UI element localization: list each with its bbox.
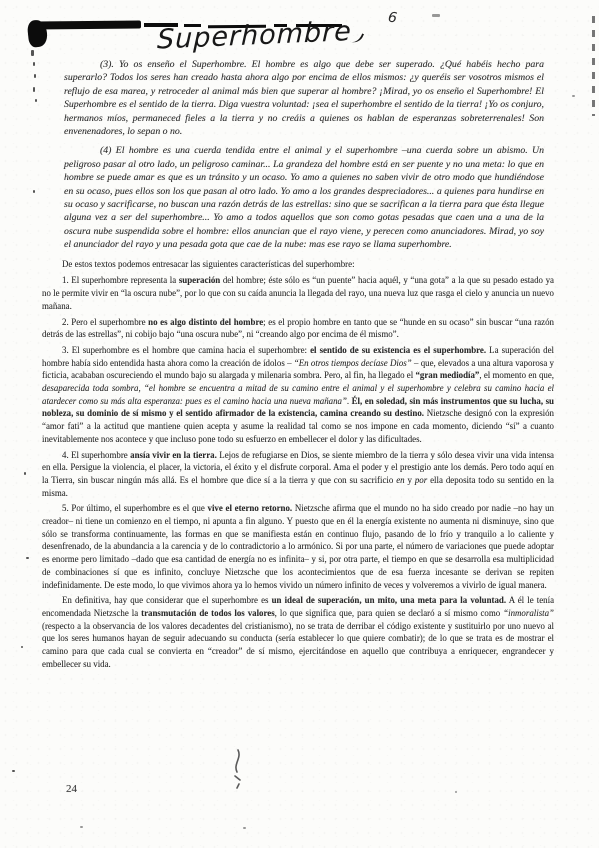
text-run: el sentido de su existencia es el superh… bbox=[310, 345, 486, 355]
page-number: 24 bbox=[66, 783, 77, 795]
text-run: “inmoralista” bbox=[503, 608, 554, 618]
text-run: , lo que significa que, para quien se de… bbox=[275, 608, 504, 618]
handwritten-title: Superhombre bbox=[157, 15, 365, 55]
text-run: De estos textos podemos entresacar las s… bbox=[62, 259, 355, 269]
body-paragraph: De estos textos podemos entresacar las s… bbox=[42, 258, 554, 271]
text-run: vive el eterno retorno. bbox=[208, 503, 293, 513]
text-run: 1. El superhombre representa la bbox=[62, 275, 179, 285]
scan-speck bbox=[34, 74, 36, 78]
scan-speck bbox=[243, 827, 246, 829]
text-run: superación bbox=[179, 275, 220, 285]
text-run: 4. El superhombre bbox=[62, 450, 130, 460]
text-run: transmutación de todos los valores bbox=[141, 608, 275, 618]
body-paragraph: 5. Por último, el superhombre es el que … bbox=[42, 502, 554, 591]
body-paragraph: 1. El superhombre representa la superaci… bbox=[42, 274, 554, 312]
text-run: un ideal de superación, un mito, una met… bbox=[272, 595, 507, 605]
text-run: no es algo distinto del hombre bbox=[148, 317, 263, 327]
scan-speck bbox=[31, 50, 34, 56]
scan-artifact-right-edge bbox=[592, 16, 595, 116]
scanned-page: Superhombre 6 (3). Yo os enseño el Super… bbox=[0, 0, 599, 848]
document-text: (3). Yo os enseño el Superhombre. El hom… bbox=[42, 58, 554, 673]
body-paragraph: 4. El superhombre ansía vivir en la tier… bbox=[42, 449, 554, 500]
quote-paragraph: (4) El hombre es una cuerda tendida entr… bbox=[64, 144, 544, 251]
text-run: y bbox=[405, 475, 415, 485]
text-run: por bbox=[415, 475, 427, 485]
text-run: 3. El superhombre es el hombre que camin… bbox=[62, 345, 310, 355]
scan-speck bbox=[80, 826, 83, 828]
text-run: 5. Por último, el superhombre es el que bbox=[62, 503, 208, 513]
scan-speck bbox=[35, 99, 37, 102]
scan-speck bbox=[21, 646, 23, 648]
scan-speck bbox=[26, 557, 29, 559]
handwritten-mark: 6 bbox=[387, 9, 398, 26]
scan-speck bbox=[33, 62, 35, 66]
text-run: 2. Pero el superhombre bbox=[62, 317, 148, 327]
body-paragraph: En definitiva, hay que considerar que el… bbox=[42, 594, 554, 670]
text-run: (4) El hombre es una cuerda tendida entr… bbox=[64, 145, 544, 250]
scan-speck bbox=[12, 770, 15, 772]
text-run: (respecto a la observancia de los valore… bbox=[42, 621, 554, 669]
text-run: en bbox=[396, 475, 404, 485]
scan-speck bbox=[432, 14, 440, 17]
text-run: , el momento en que, bbox=[479, 370, 554, 380]
text-run: En definitiva, hay que considerar que el… bbox=[62, 595, 272, 605]
text-run: (3). Yo os enseño el Superhombre. El hom… bbox=[64, 59, 544, 137]
body-paragraph: 2. Pero el superhombre no es algo distin… bbox=[42, 316, 554, 341]
text-run: Nietzsche afirma que el mundo no ha sido… bbox=[42, 503, 554, 589]
text-run: “En otros tiempos decíase Dios” bbox=[294, 358, 412, 368]
quote-paragraph: (3). Yo os enseño el Superhombre. El hom… bbox=[64, 58, 544, 138]
scan-speck bbox=[572, 95, 575, 97]
ink-squiggle bbox=[226, 748, 248, 796]
scan-speck bbox=[33, 190, 35, 193]
text-run: “gran mediodía” bbox=[415, 370, 479, 380]
text-run: ansía vivir en la tierra. bbox=[130, 450, 217, 460]
scan-speck bbox=[24, 472, 26, 475]
scan-speck bbox=[33, 87, 35, 92]
scan-speck bbox=[455, 791, 457, 793]
body-paragraph: 3. El superhombre es el hombre que camin… bbox=[42, 344, 554, 446]
scan-artifact-bar bbox=[33, 20, 141, 29]
